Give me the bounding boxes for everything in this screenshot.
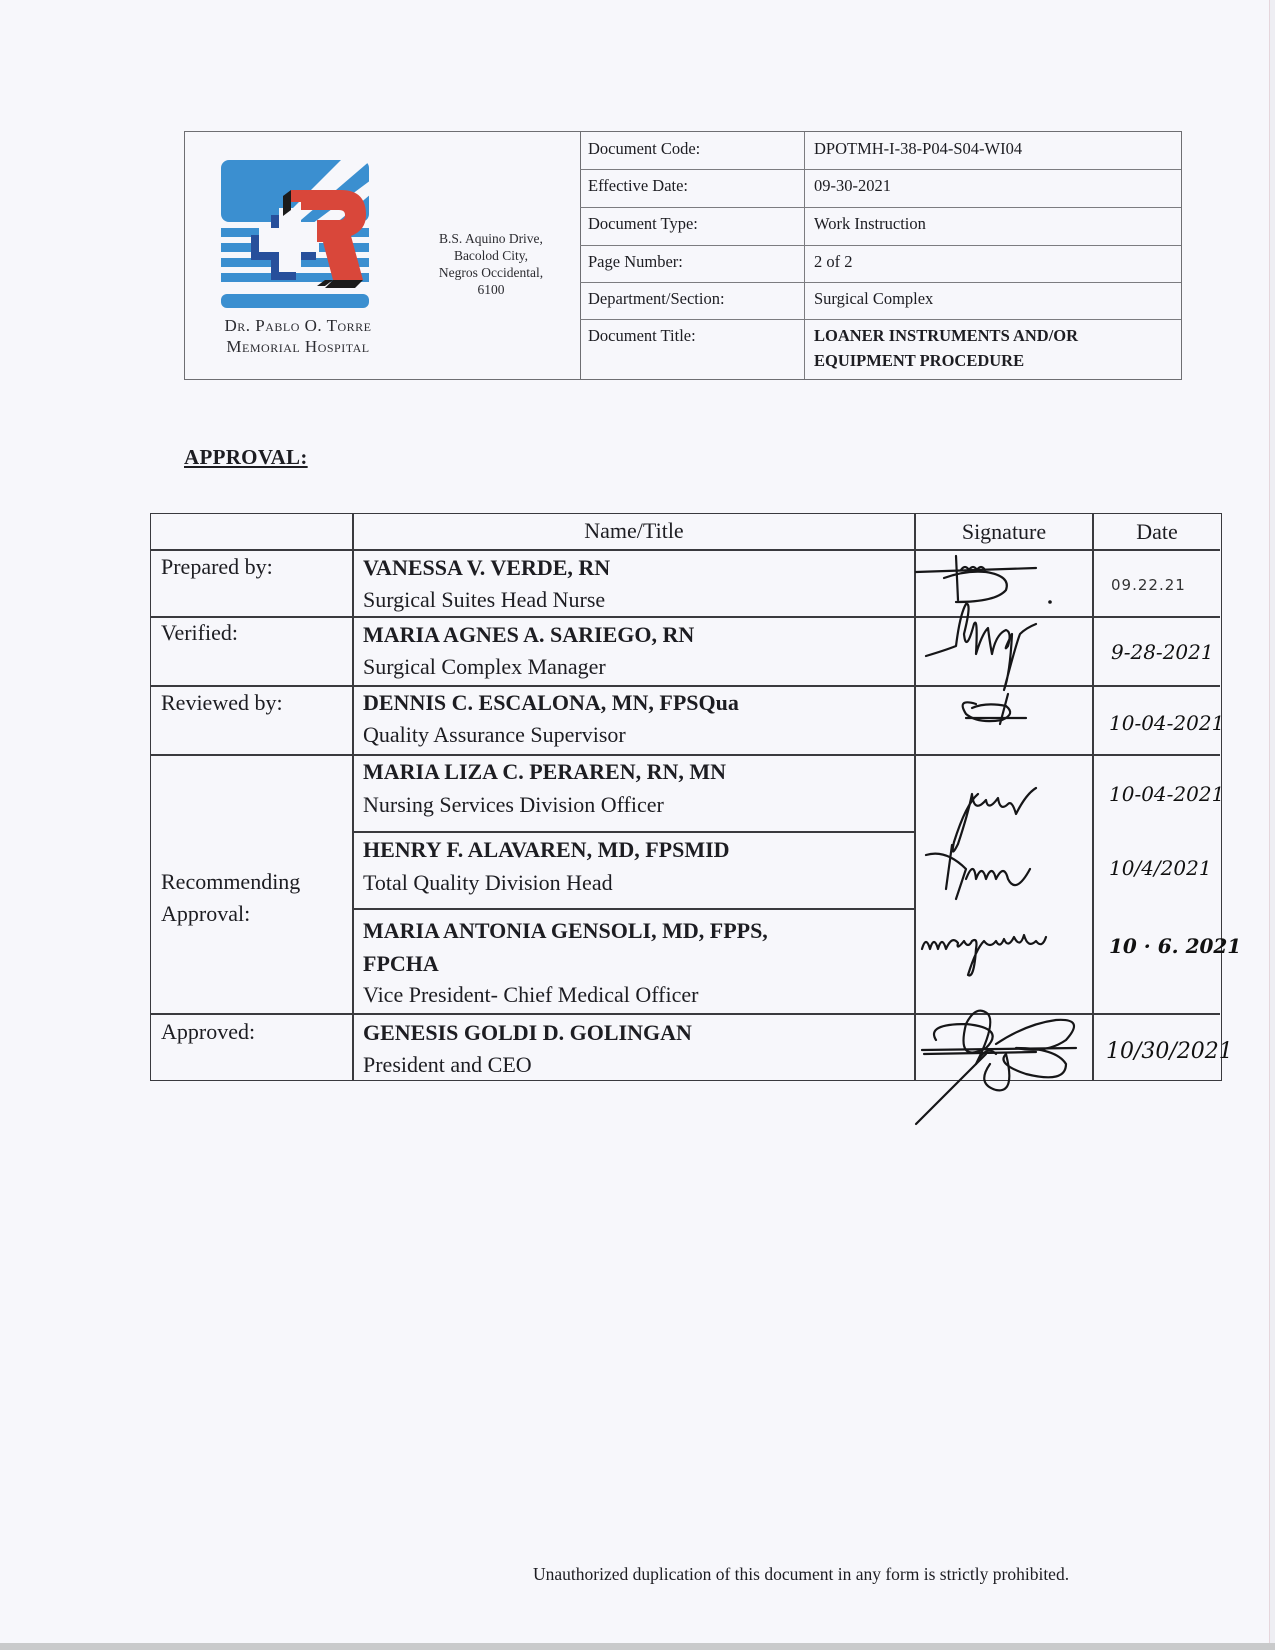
role-reviewed-by: Reviewed by: [161,690,283,716]
reviewer-name: DENNIS C. ESCALONA, MN, FPSQua [363,690,739,716]
recommender-3-title: Vice President- Chief Medical Officer [363,982,698,1008]
page-edge [1269,0,1275,1643]
hospital-name: Dr. Pablo O. Torre Memorial Hospital [193,315,403,357]
document-header: Dr. Pablo O. Torre Memorial Hospital B.S… [184,131,1182,380]
meta-row-effective-date: Effective Date: 09-30-2021 [580,169,1181,208]
meta-row-document-title: Document Title: LOANER INSTRUMENTS AND/O… [580,319,1181,379]
scan-border [0,1643,1275,1650]
preparer-title: Surgical Suites Head Nurse [363,587,605,613]
logo-cell: Dr. Pablo O. Torre Memorial Hospital B.S… [185,132,581,379]
recommender-2-name: HENRY F. ALAVAREN, MD, FPSMID [363,837,730,863]
date-verifier: 9-28-2021 [1111,640,1214,664]
meta-label: Page Number: [580,245,805,282]
signature-approver [916,1004,1116,1134]
meta-label: Document Code: [580,132,805,169]
meta-label: Document Title: [580,319,805,379]
date-approver: 10/30/2021 [1106,1039,1233,1064]
signature-recommender-2 [916,839,1092,919]
column-header-date: Date [1094,519,1220,545]
document-title-value: LOANER INSTRUMENTS AND/OR EQUIPMENT PROC… [806,319,1181,373]
page-number-value: 2 of 2 [806,245,1181,272]
date-recommender-1: 10-04-2021 [1109,782,1224,806]
hospital-cross-r-logo-icon [221,160,376,310]
effective-date-value: 09-30-2021 [806,169,1181,196]
role-approved: Approved: [161,1019,255,1045]
verifier-title: Surgical Complex Manager [363,654,606,680]
meta-label: Department/Section: [580,282,805,319]
preparer-name: VANESSA V. VERDE, RN [363,555,610,581]
approval-heading: APPROVAL: [184,445,308,470]
signature-recommender-3 [916,919,1092,999]
recommender-1-name: MARIA LIZA C. PERAREN, RN, MN [363,759,726,785]
approver-title: President and CEO [363,1052,532,1078]
footer-notice: Unauthorized duplication of this documen… [533,1564,1069,1585]
date-reviewer: 10-04-2021 [1109,711,1224,735]
verifier-name: MARIA AGNES A. SARIEGO, RN [363,622,694,648]
recommender-2-title: Total Quality Division Head [363,870,613,896]
role-prepared-by: Prepared by: [161,554,273,580]
approver-name: GENESIS GOLDI D. GOLINGAN [363,1020,692,1046]
meta-row-department: Department/Section: Surgical Complex [580,282,1181,320]
hospital-address: B.S. Aquino Drive, Bacolod City, Negros … [407,230,575,298]
document-code-value: DPOTMH-I-38-P04-S04-WI04 [806,132,1181,159]
meta-row-document-type: Document Type: Work Instruction [580,207,1181,246]
role-verified: Verified: [161,620,238,646]
meta-label: Document Type: [580,207,805,245]
reviewer-title: Quality Assurance Supervisor [363,722,626,748]
column-header-signature: Signature [916,519,1092,545]
recommender-3-name: MARIA ANTONIA GENSOLI, MD, FPPS, FPCHA [363,914,768,980]
approval-table: Name/Title Signature Date Prepared by: V… [150,513,1222,1081]
role-recommending-approval: Recommending Approval: [161,866,300,930]
date-recommender-3: 10 · 6. 2021 [1109,934,1241,958]
meta-row-page-number: Page Number: 2 of 2 [580,245,1181,283]
date-recommender-2: 10/4/2021 [1109,856,1212,880]
date-preparer: 09.22.21 [1111,576,1186,594]
meta-label: Effective Date: [580,169,805,207]
recommender-1-title: Nursing Services Division Officer [363,792,664,818]
document-type-value: Work Instruction [806,207,1181,234]
column-header-name-title: Name/Title [354,518,914,544]
meta-row-document-code: Document Code: DPOTMH-I-38-P04-S04-WI04 [580,132,1181,170]
signature-verifier [916,594,1092,694]
signature-reviewer [916,684,1092,750]
department-value: Surgical Complex [806,282,1181,309]
